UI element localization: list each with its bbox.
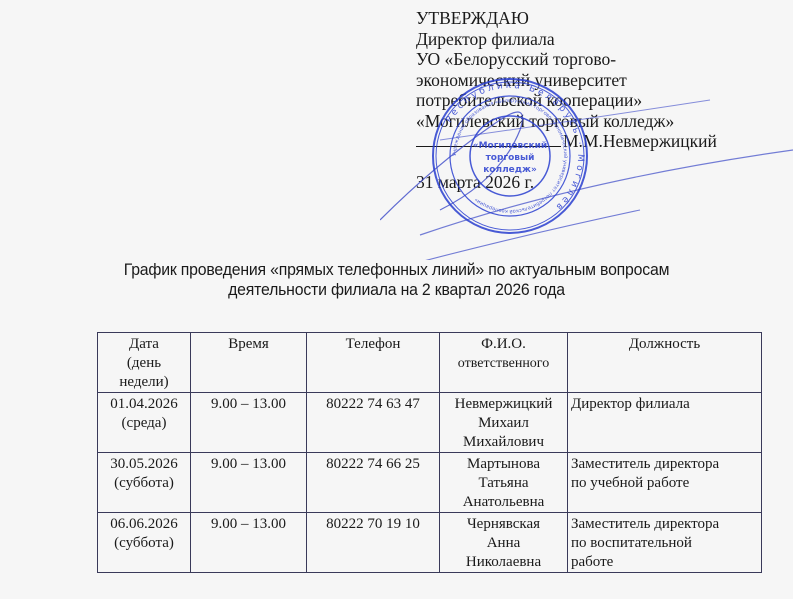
cell-date: 30.05.2026 (суббота): [98, 453, 191, 513]
cell-phone: 80222 70 19 10: [307, 513, 440, 573]
header-time: Время: [191, 333, 307, 393]
header-responsible: Ф.И.О. ответственного: [440, 333, 568, 393]
cell-phone: 80222 74 66 25: [307, 453, 440, 513]
table-row: 01.04.2026 (среда) 9.00 – 13.00 80222 74…: [98, 393, 762, 453]
header-position: Должность: [568, 333, 762, 393]
table-header-row: Дата (день недели) Время Телефон Ф.И.О. …: [98, 333, 762, 393]
table-row: 30.05.2026 (суббота) 9.00 – 13.00 80222 …: [98, 453, 762, 513]
document-title: График проведения «прямых телефонных лин…: [28, 260, 765, 300]
cell-date: 01.04.2026 (среда): [98, 393, 191, 453]
approval-org-line-4: «Могилевский торговый колледж»: [416, 111, 776, 132]
cell-name: Невмержицкий Михаил Михайлович: [440, 393, 568, 453]
schedule-table: Дата (день недели) Время Телефон Ф.И.О. …: [97, 332, 762, 573]
header-phone: Телефон: [307, 333, 440, 393]
header-date: Дата (день недели): [98, 333, 191, 393]
cell-phone: 80222 74 63 47: [307, 393, 440, 453]
signature-line: [416, 132, 561, 147]
signature-row: М.М.Невмержицкий: [416, 131, 776, 152]
cell-time: 9.00 – 13.00: [191, 453, 307, 513]
title-line-2: деятельности филиала на 2 квартал 2026 г…: [28, 280, 765, 300]
cell-time: 9.00 – 13.00: [191, 513, 307, 573]
approval-date: 31 марта 2026 г.: [416, 172, 776, 193]
table-row: 06.06.2026 (суббота) 9.00 – 13.00 80222 …: [98, 513, 762, 573]
approval-org-line-3: потребительской кооперации»: [416, 90, 776, 111]
approval-org-line-1: УО «Белорусский торгово-: [416, 49, 776, 70]
title-line-1: График проведения «прямых телефонных лин…: [28, 260, 765, 280]
cell-name: Чернявская Анна Николаевна: [440, 513, 568, 573]
approval-org-line-2: экономический университет: [416, 70, 776, 91]
cell-position: Директор филиала: [568, 393, 762, 453]
approval-block: УТВЕРЖДАЮ Директор филиала УО «Белорусск…: [416, 8, 776, 192]
approval-position: Директор филиала: [416, 29, 776, 50]
cell-date: 06.06.2026 (суббота): [98, 513, 191, 573]
cell-time: 9.00 – 13.00: [191, 393, 307, 453]
cell-position: Заместитель директора по учебной работе: [568, 453, 762, 513]
approval-heading: УТВЕРЖДАЮ: [416, 8, 776, 29]
cell-name: Мартынова Татьяна Анатольевна: [440, 453, 568, 513]
signatory-name: М.М.Невмержицкий: [563, 131, 717, 151]
cell-position: Заместитель директора по воспитательной …: [568, 513, 762, 573]
